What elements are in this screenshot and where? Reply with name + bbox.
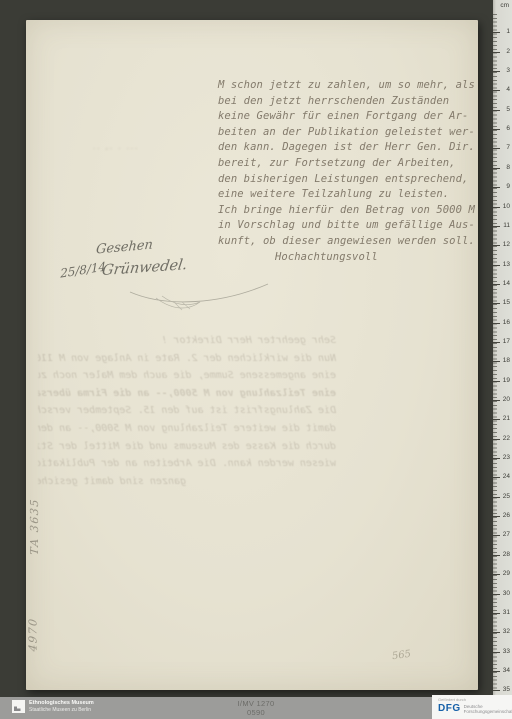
ruler-cm-mark: 15: [493, 299, 512, 308]
ruler-cm-mark: 8: [493, 164, 512, 173]
ruler-cm-mark: 28: [493, 551, 512, 560]
ruler-cm-mark: 25: [493, 493, 512, 502]
ruler-cm-mark: 14: [493, 280, 512, 289]
typed-line: Ich bringe hierfür den Betrag von 5000 M: [218, 203, 474, 219]
ruler-cm-mark: 24: [493, 473, 512, 482]
ruler-cm-mark: 1: [493, 28, 512, 37]
typed-line: bereit, zur Fortsetzung der Arbeiten,: [218, 156, 474, 172]
ruler-cm-mark: 10: [493, 203, 512, 212]
bleedthrough-line: Die Zahlungsfrist ist auf den 15. Septem…: [38, 402, 336, 420]
inventory-number-text: 4970: [27, 616, 40, 651]
ruler-cm-mark: 5: [493, 106, 512, 115]
shelfmark-text: TA 3635: [28, 497, 41, 555]
cm-ruler: cm 1234567891011121314151617181920212223…: [493, 0, 512, 697]
ruler-cm-mark: 18: [493, 357, 512, 366]
ruler-cm-mark: 19: [493, 377, 512, 386]
bleedthrough-line: ganzen sind damit gesichert.: [38, 473, 186, 491]
typed-line: den bisherigen Leistungen entsprechend,: [218, 172, 474, 188]
handwritten-date: 25/8/14: [60, 259, 106, 280]
pencil-page-number: 565: [391, 649, 411, 663]
ruler-cm-mark: 33: [493, 648, 512, 657]
ruler-cm-mark: 20: [493, 396, 512, 405]
typed-line: kunft, ob dieser angewiesen werden soll.: [218, 234, 474, 250]
typed-line: bei den jetzt herrschenden Zuständen: [218, 94, 474, 110]
typed-line: M schon jetzt zu zahlen, um so mehr, als: [218, 78, 474, 94]
handwritten-seen-note: Gesehen: [95, 237, 153, 257]
typed-line: eine weitere Teilzahlung zu leisten.: [218, 187, 474, 203]
ruler-cm-mark: 13: [493, 261, 512, 270]
scan-viewport: .. ,. . ... M schon jetzt zu zahlen, um …: [0, 0, 512, 719]
signature-flourish-icon: [122, 272, 272, 314]
ruler-cm-mark: 26: [493, 512, 512, 521]
dfg-funded-by-label: Gefördert durch: [438, 697, 512, 702]
bleedthrough-text: Sehr geehrter Herr Direktor !Nun die wir…: [38, 330, 336, 490]
ruler-unit-label: cm: [500, 2, 509, 9]
dfg-full-name: Deutsche Forschungsgemeinschaft: [464, 704, 512, 714]
footer-bar: Ethnologisches Museum Staatliche Museen …: [0, 697, 512, 719]
typed-line: beiten an der Publikation geleistet wer-: [218, 125, 474, 141]
typed-line: den kann. Dagegen ist der Herr Gen. Dir.: [218, 140, 474, 156]
ruler-cm-mark: 4: [493, 86, 512, 95]
ruler-cm-mark: 11: [493, 222, 512, 231]
bleedthrough-line: durch die Kasse des Museums und die Mitt…: [38, 438, 336, 456]
typed-line: keine Gewähr für einen Fortgang der Ar-: [218, 109, 474, 125]
ruler-cm-mark: 29: [493, 570, 512, 579]
dfg-logo-text: DFG: [438, 703, 461, 714]
ruler-cm-mark: 7: [493, 144, 512, 153]
typed-letter-text: M schon jetzt zu zahlen, um so mehr, als…: [218, 78, 474, 265]
pencil-number-rotated: 4970: [20, 606, 46, 662]
ruler-cm-mark: 2: [493, 48, 512, 57]
typed-line: in Vorschlag und bitte um gefällige Aus-: [218, 218, 474, 234]
ruler-cm-mark: 31: [493, 609, 512, 618]
bleedthrough-line: Nun die wirklichen der 2. Rate in Anlage…: [38, 350, 336, 368]
bleedthrough-line: damit die weitere Teilzahlung von M 5000…: [38, 420, 336, 438]
bleedthrough-line: Sehr geehrter Herr Direktor !: [38, 332, 336, 350]
dfg-logo-box: Gefördert durch DFG Deutsche Forschungsg…: [432, 695, 512, 719]
ruler-cm-mark: 22: [493, 435, 512, 444]
ruler-cm-mark: 6: [493, 125, 512, 134]
bleedthrough-line: eine Teilzahlung von M 5000,-- an die Fi…: [38, 385, 336, 403]
ruler-cm-mark: 12: [493, 241, 512, 250]
faint-smudge: .. ,. . ...: [92, 143, 152, 151]
ruler-cm-mark: 3: [493, 67, 512, 76]
ruler-cm-mark: 17: [493, 338, 512, 347]
ruler-cm-mark: 34: [493, 667, 512, 676]
ruler-cm-mark: 27: [493, 531, 512, 540]
typed-line: Hochachtungsvoll: [275, 250, 474, 266]
ruler-cm-mark: 23: [493, 454, 512, 463]
pencil-shelfmark-rotated: TA 3635: [20, 482, 48, 570]
document-page: .. ,. . ... M schon jetzt zu zahlen, um …: [26, 20, 478, 690]
ruler-cm-mark: 32: [493, 628, 512, 637]
ruler-cm-mark: 16: [493, 319, 512, 328]
ruler-cm-mark: 21: [493, 415, 512, 424]
bleedthrough-line: wiesen werden kann. Die Arbeiten an der …: [38, 455, 336, 473]
bleedthrough-line: eine angemessene Summe, die auch dem Mal…: [38, 367, 336, 385]
ruler-cm-mark: 9: [493, 183, 512, 192]
ruler-cm-mark: 35: [493, 686, 512, 695]
ruler-cm-mark: 30: [493, 590, 512, 599]
